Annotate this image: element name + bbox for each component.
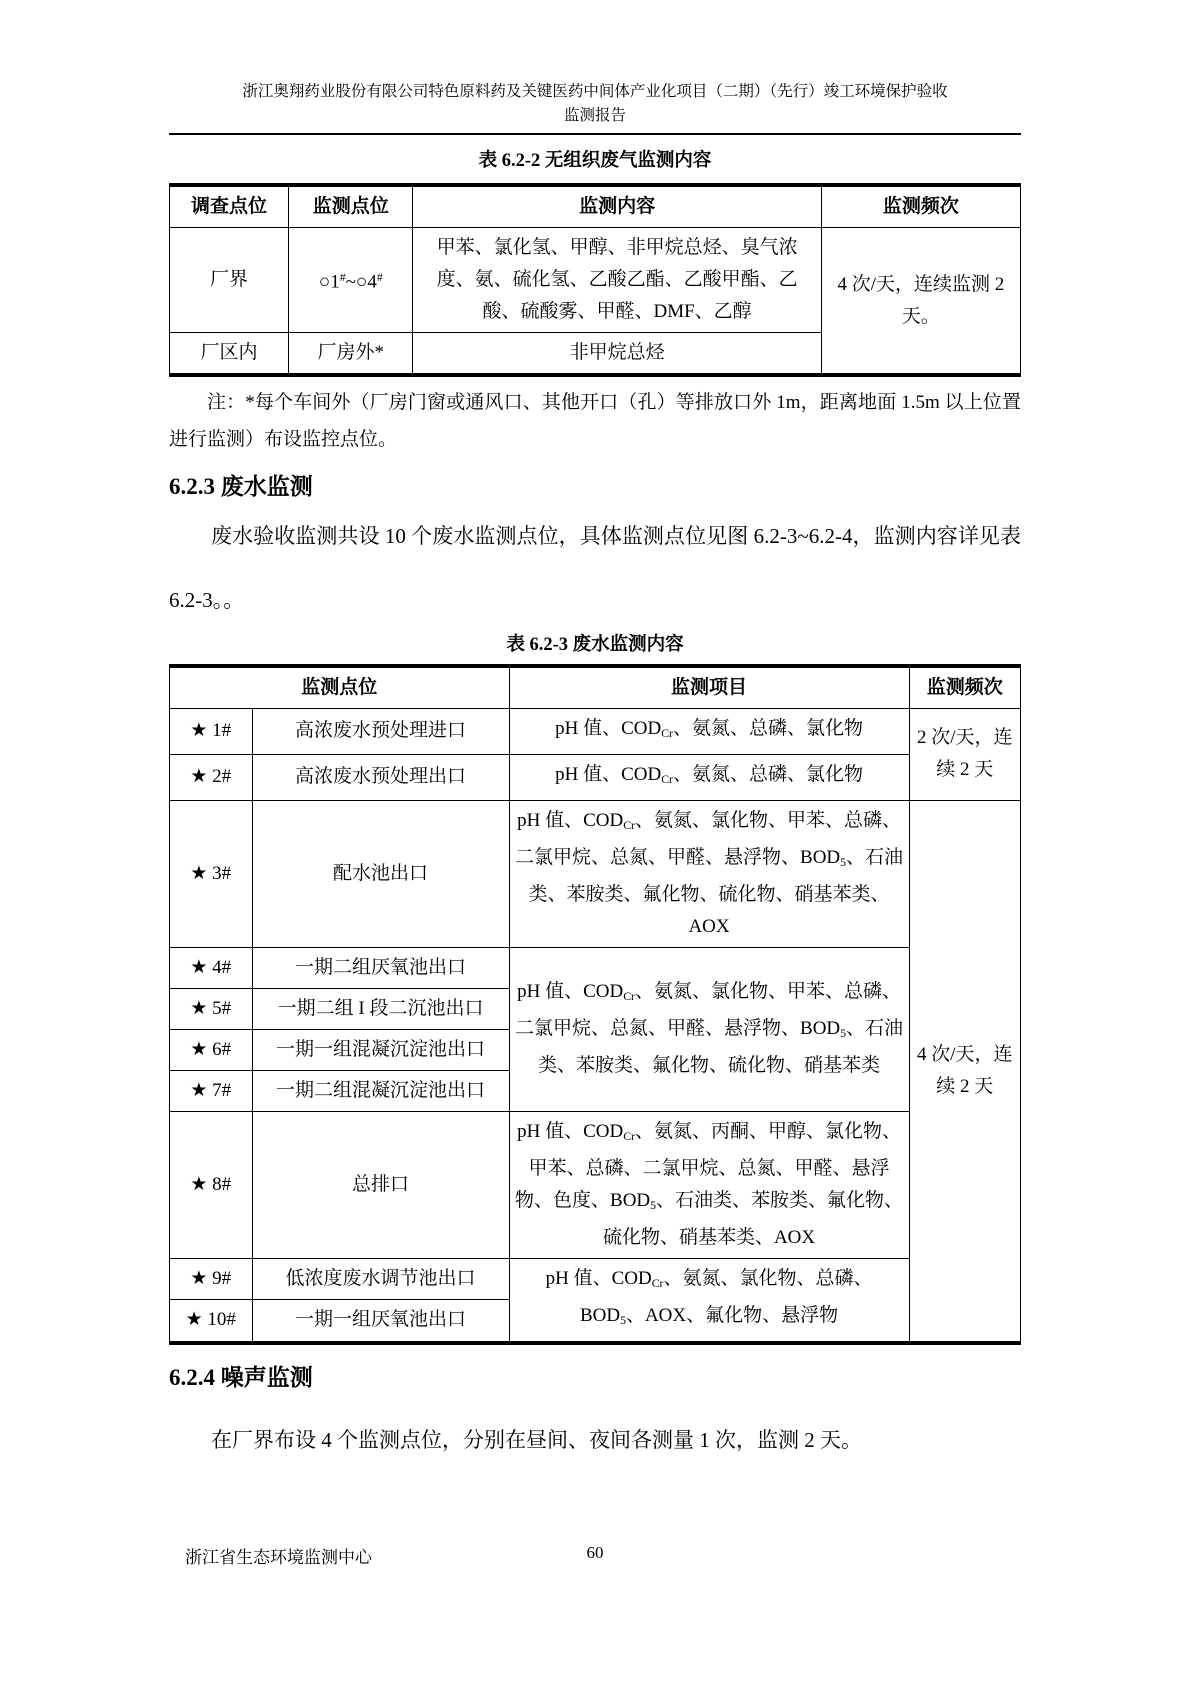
frequency-cell: 2 次/天，连续 2 天 bbox=[909, 709, 1020, 801]
section-heading-623: 6.2.3 废水监测 bbox=[169, 470, 1021, 504]
point-id-cell: ★ 6# bbox=[170, 1029, 253, 1070]
point-name-cell: 一期二组厌氧池出口 bbox=[252, 947, 509, 988]
gas-table-header-row: 调查点位 监测点位 监测内容 监测频次 bbox=[170, 185, 1021, 228]
point-name-cell: 一期一组厌氧池出口 bbox=[252, 1300, 509, 1343]
table-row: ★ 4# 一期二组厌氧池出口 pH 值、CODCr、氨氮、氯化物、甲苯、总磷、二… bbox=[170, 947, 1021, 988]
point-id-cell: ★ 8# bbox=[170, 1111, 253, 1258]
table-row: ★ 1# 高浓废水预处理进口 pH 值、CODCr、氨氮、总磷、氯化物 2 次/… bbox=[170, 709, 1021, 755]
footer-organization: 浙江省生态环境监测中心 bbox=[185, 1543, 372, 1568]
point-name-cell: 配水池出口 bbox=[252, 800, 509, 947]
water-col-items: 监测项目 bbox=[509, 666, 909, 709]
point-name-cell: 高浓废水预处理进口 bbox=[252, 709, 509, 755]
table-row: 厂界 ○1#~○4# 甲苯、氯化氢、甲醇、非甲烷总烃、臭气浓度、氨、硫化氢、乙酸… bbox=[170, 228, 1021, 333]
items-cell: pH 值、CODCr、氨氮、丙酮、甲醇、氯化物、甲苯、总磷、二氯甲烷、总氮、甲醛… bbox=[509, 1111, 909, 1258]
gas-col-monitor-point: 监测点位 bbox=[289, 185, 413, 228]
page-content: 浙江奥翔药业股份有限公司特色原料药及关键医药中间体产业化项目（二期）（先行）竣工… bbox=[169, 0, 1021, 1479]
items-cell: pH 值、CODCr、氨氮、氯化物、甲苯、总磷、二氯甲烷、总氮、甲醛、悬浮物、B… bbox=[509, 800, 909, 947]
section-623-paragraph: 废水验收监测共设 10 个废水监测点位，具体监测点位见图 6.2-3~6.2-4… bbox=[169, 504, 1021, 632]
gas-table-title: 表 6.2-2 无组织废气监测内容 bbox=[169, 148, 1021, 174]
gas-col-survey-point: 调查点位 bbox=[170, 185, 289, 228]
gas-table-note: 注：*每个车间外（厂房门窗或通风口、其他开口（孔）等排放口外 1m，距离地面 1… bbox=[169, 384, 1021, 458]
survey-point-cell: 厂区内 bbox=[170, 333, 289, 376]
gas-monitoring-table: 调查点位 监测点位 监测内容 监测频次 厂界 ○1#~○4# 甲苯、氯化氢、甲醇… bbox=[169, 183, 1021, 377]
point-name-cell: 总排口 bbox=[252, 1111, 509, 1258]
table-row: ★ 8# 总排口 pH 值、CODCr、氨氮、丙酮、甲醇、氯化物、甲苯、总磷、二… bbox=[170, 1111, 1021, 1258]
section-heading-624: 6.2.4 噪声监测 bbox=[169, 1361, 1021, 1395]
wastewater-monitoring-table: 监测点位 监测项目 监测频次 ★ 1# 高浓废水预处理进口 pH 值、CODCr… bbox=[169, 664, 1021, 1345]
items-cell: 甲苯、氯化氢、甲醇、非甲烷总烃、臭气浓度、氨、硫化氢、乙酸乙酯、乙酸甲酯、乙酸、… bbox=[413, 228, 821, 333]
point-id-cell: ★ 7# bbox=[170, 1070, 253, 1111]
frequency-cell: 4 次/天，连续监测 2 天。 bbox=[821, 228, 1020, 376]
monitor-point-cell: 厂房外* bbox=[289, 333, 413, 376]
gas-col-items: 监测内容 bbox=[413, 185, 821, 228]
items-cell: pH 值、CODCr、氨氮、氯化物、甲苯、总磷、二氯甲烷、总氮、甲醛、悬浮物、B… bbox=[509, 947, 909, 1111]
items-cell: pH 值、CODCr、氨氮、氯化物、总磷、BOD5、AOX、氟化物、悬浮物 bbox=[509, 1258, 909, 1342]
survey-point-cell: 厂界 bbox=[170, 228, 289, 333]
header-title-line2: 监测报告 bbox=[169, 104, 1021, 128]
items-cell: 非甲烷总烃 bbox=[413, 333, 821, 376]
table-row: ★ 9# 低浓度废水调节池出口 pH 值、CODCr、氨氮、氯化物、总磷、BOD… bbox=[170, 1258, 1021, 1299]
document-page: 浙江奥翔药业股份有限公司特色原料药及关键医药中间体产业化项目（二期）（先行）竣工… bbox=[0, 0, 1190, 1683]
point-id-cell: ★ 1# bbox=[170, 709, 253, 755]
water-table-header-row: 监测点位 监测项目 监测频次 bbox=[170, 666, 1021, 709]
monitor-point-cell: ○1#~○4# bbox=[289, 228, 413, 333]
point-id-cell: ★ 9# bbox=[170, 1258, 253, 1299]
table-row: ★ 2# 高浓废水预处理出口 pH 值、CODCr、氨氮、总磷、氯化物 bbox=[170, 754, 1021, 800]
point-name-cell: 高浓废水预处理出口 bbox=[252, 754, 509, 800]
point-id-cell: ★ 4# bbox=[170, 947, 253, 988]
table-row: ★ 3# 配水池出口 pH 值、CODCr、氨氮、氯化物、甲苯、总磷、二氯甲烷、… bbox=[170, 800, 1021, 947]
page-footer: 浙江省生态环境监测中心 60 bbox=[169, 1543, 1021, 1563]
point-id-cell: ★ 3# bbox=[170, 800, 253, 947]
frequency-cell: 4 次/天，连续 2 天 bbox=[909, 800, 1020, 1342]
point-name-cell: 一期二组混凝沉淀池出口 bbox=[252, 1070, 509, 1111]
page-header: 浙江奥翔药业股份有限公司特色原料药及关键医药中间体产业化项目（二期）（先行）竣工… bbox=[169, 80, 1021, 135]
section-624-paragraph: 在厂界布设 4 个监测点位，分别在昼间、夜间各测量 1 次，监测 2 天。 bbox=[169, 1401, 1021, 1479]
header-title-line1: 浙江奥翔药业股份有限公司特色原料药及关键医药中间体产业化项目（二期）（先行）竣工… bbox=[169, 80, 1021, 104]
water-table-title: 表 6.2-3 废水监测内容 bbox=[169, 632, 1021, 658]
point-name-cell: 低浓度废水调节池出口 bbox=[252, 1258, 509, 1299]
water-col-frequency: 监测频次 bbox=[909, 666, 1020, 709]
header-divider bbox=[169, 133, 1021, 135]
point-id-cell: ★ 10# bbox=[170, 1300, 253, 1343]
items-cell: pH 值、CODCr、氨氮、总磷、氯化物 bbox=[509, 754, 909, 800]
items-cell: pH 值、CODCr、氨氮、总磷、氯化物 bbox=[509, 709, 909, 755]
point-id-cell: ★ 5# bbox=[170, 988, 253, 1029]
gas-col-frequency: 监测频次 bbox=[821, 185, 1020, 228]
point-name-cell: 一期二组 I 段二沉池出口 bbox=[252, 988, 509, 1029]
point-name-cell: 一期一组混凝沉淀池出口 bbox=[252, 1029, 509, 1070]
water-col-point: 监测点位 bbox=[170, 666, 510, 709]
point-id-cell: ★ 2# bbox=[170, 754, 253, 800]
